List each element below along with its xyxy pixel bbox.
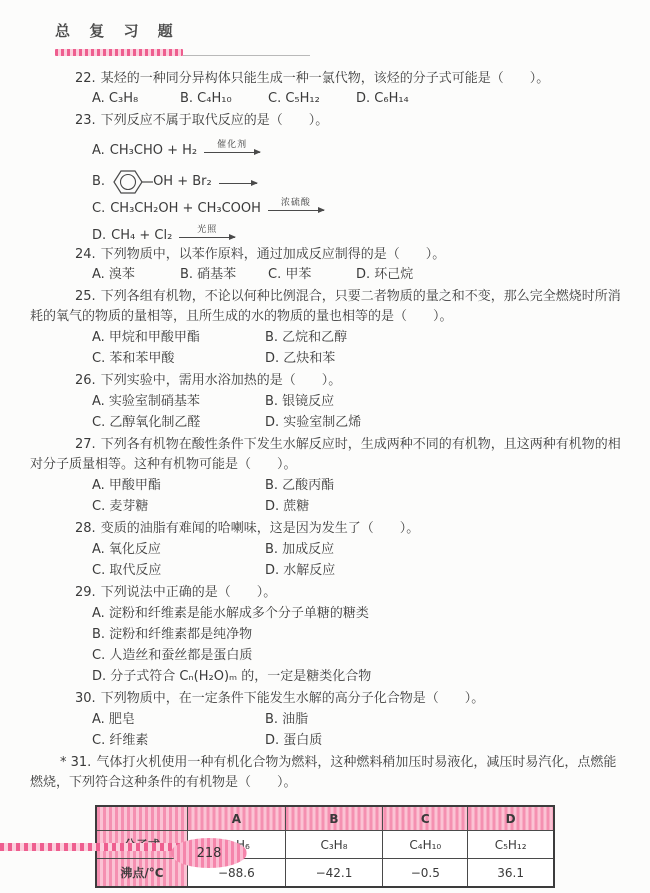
reaction-option-b: B. OH + Br₂ bbox=[92, 158, 622, 189]
table-row-boiling-point: 沸点/°C −88.6 −42.1 −0.5 36.1 bbox=[96, 859, 554, 888]
table-header-cell bbox=[96, 806, 188, 831]
question-number: 30. bbox=[75, 691, 96, 706]
question-28-options: A. 氧化反应 B. 加成反应 C. 取代反应 D. 水解反应 bbox=[92, 539, 622, 581]
question-number: * 31. bbox=[60, 755, 91, 770]
option: C. 麦芽糖 bbox=[92, 496, 265, 517]
question-number: 28. bbox=[75, 521, 96, 536]
table-header-cell: B bbox=[285, 806, 383, 831]
option: D. 蛋白质 bbox=[265, 730, 622, 751]
question-26: 26.下列实验中，需用水浴加热的是（ ）。 bbox=[30, 371, 622, 391]
table-value-cell: C₃H₈ bbox=[285, 831, 383, 859]
option: A. C₃H₈ bbox=[92, 89, 180, 109]
table-value-cell: −0.5 bbox=[383, 859, 468, 888]
question-25-options: A. 甲烷和甲酸甲酯 B. 乙烷和乙醇 C. 苯和苯甲酸 D. 乙炔和苯 bbox=[92, 327, 622, 369]
table-header-cell: D bbox=[468, 806, 554, 831]
option: C. 纤维素 bbox=[92, 730, 265, 751]
question-25: 25.下列各组有机物，不论以何种比例混合，只要二者物质的量之和不变，那么完全燃烧… bbox=[30, 287, 622, 327]
question-29-options: A. 淀粉和纤维素是能水解成多个分子单糖的糖类 B. 淀粉和纤维素都是纯净物 C… bbox=[92, 603, 622, 687]
table-header-row: A B C D bbox=[96, 806, 554, 831]
pink-stripe-bar bbox=[55, 49, 183, 56]
table-value-cell: C₄H₁₀ bbox=[383, 831, 468, 859]
question-number: 24. bbox=[75, 247, 96, 262]
option: A. 溴苯 bbox=[92, 265, 180, 285]
question-text: 下列反应不属于取代反应的是（ ）。 bbox=[101, 113, 329, 128]
option: B. 银镜反应 bbox=[265, 391, 622, 412]
reaction-formula: CH₄ + Cl₂ bbox=[111, 228, 172, 243]
option-label: B. bbox=[92, 174, 105, 189]
question-24-options: A. 溴苯 B. 硝基苯 C. 甲苯 D. 环己烷 bbox=[92, 265, 622, 285]
option: D. 环己烷 bbox=[356, 265, 444, 285]
reaction-option-c: C. CH₃CH₂OH + CH₃COOH 浓硫酸 bbox=[92, 189, 622, 216]
footer-stripe-bar bbox=[0, 843, 196, 851]
question-text: 下列物质中，以苯作原料，通过加成反应制得的是（ ）。 bbox=[101, 247, 446, 262]
option: C. 甲苯 bbox=[268, 265, 356, 285]
option: B. C₄H₁₀ bbox=[180, 89, 268, 109]
arrow-icon bbox=[179, 237, 235, 238]
question-text: 下列各有机物在酸性条件下发生水解反应时，生成两种不同的有机物，且这两种有机物的相… bbox=[30, 437, 621, 472]
table-header-cell: A bbox=[188, 806, 286, 831]
question-text: 某烃的一种同分异构体只能生成一种一氯代物，该烃的分子式可能是（ ）。 bbox=[101, 71, 550, 86]
textbook-page: 总 复 习 题 22.某烃的一种同分异构体只能生成一种一氯代物，该烃的分子式可能… bbox=[0, 0, 650, 893]
benzene-ring-icon bbox=[112, 168, 153, 196]
reaction-formula: CH₃CHO + H₂ bbox=[110, 143, 197, 158]
option: B. 油脂 bbox=[265, 709, 622, 730]
reaction-formula: CH₃CH₂OH + CH₃COOH bbox=[110, 201, 261, 216]
option: D. C₆H₁₄ bbox=[356, 89, 444, 109]
reaction-formula: OH + Br₂ bbox=[153, 174, 212, 189]
option: B. 淀粉和纤维素都是纯净物 bbox=[92, 624, 622, 645]
option: A. 实验室制硝基苯 bbox=[92, 391, 265, 412]
question-22-options: A. C₃H₈ B. C₄H₁₀ C. C₅H₁₂ D. C₆H₁₄ bbox=[92, 89, 622, 109]
question-number: 22. bbox=[75, 71, 96, 86]
reaction-condition: 浓硫酸 bbox=[281, 198, 311, 208]
option-label: A. bbox=[92, 143, 105, 158]
question-number: 23. bbox=[75, 113, 96, 128]
arrow-icon bbox=[268, 210, 324, 211]
question-30-options: A. 肥皂 B. 油脂 C. 纤维素 D. 蛋白质 bbox=[92, 709, 622, 751]
table-label-cell: 沸点/°C bbox=[96, 859, 188, 888]
reaction-condition: 催化剂 bbox=[217, 140, 247, 150]
option: D. 乙炔和苯 bbox=[265, 348, 622, 369]
question-text: 下列实验中，需用水浴加热的是（ ）。 bbox=[101, 373, 342, 388]
reaction-arrow bbox=[219, 181, 257, 184]
option: D. 分子式符合 Cₙ(H₂O)ₘ 的，一定是糖类化合物 bbox=[92, 666, 622, 687]
option: B. 硝基苯 bbox=[180, 265, 268, 285]
question-text: 变质的油脂有难闻的哈喇味，这是因为发生了（ ）。 bbox=[101, 521, 420, 536]
page-number: 218 bbox=[197, 846, 222, 861]
question-26-options: A. 实验室制硝基苯 B. 银镜反应 C. 乙醇氧化制乙醛 D. 实验室制乙烯 bbox=[92, 391, 622, 433]
table-header-cell: C bbox=[383, 806, 468, 831]
question-31: * 31.气体打火机使用一种有机化合物为燃料，这种燃料稍加压时易液化，减压时易汽… bbox=[30, 753, 622, 793]
option: A. 甲烷和甲酸甲酯 bbox=[92, 327, 265, 348]
option: C. 人造丝和蚕丝都是蛋白质 bbox=[92, 645, 622, 666]
reaction-arrow: 光照 bbox=[179, 225, 235, 238]
question-number: 27. bbox=[75, 437, 96, 452]
reaction-arrow: 浓硫酸 bbox=[268, 198, 324, 211]
arrow-icon bbox=[204, 152, 260, 153]
option: A. 甲酸甲酯 bbox=[92, 475, 265, 496]
question-22: 22.某烃的一种同分异构体只能生成一种一氯代物，该烃的分子式可能是（ ）。 bbox=[30, 69, 622, 89]
option: D. 水解反应 bbox=[265, 560, 622, 581]
option: B. 乙酸丙酯 bbox=[265, 475, 622, 496]
option: C. C₅H₁₂ bbox=[268, 89, 356, 109]
question-29: 29.下列说法中正确的是（ ）。 bbox=[30, 583, 622, 603]
option: D. 实验室制乙烯 bbox=[265, 412, 622, 433]
table-value-cell: 36.1 bbox=[468, 859, 554, 888]
question-23: 23.下列反应不属于取代反应的是（ ）。 bbox=[30, 111, 622, 131]
question-number: 26. bbox=[75, 373, 96, 388]
reaction-arrow: 催化剂 bbox=[204, 140, 260, 153]
page-title: 总 复 习 题 bbox=[55, 20, 622, 41]
option-label: C. bbox=[92, 201, 105, 216]
option: C. 取代反应 bbox=[92, 560, 265, 581]
option: D. 蔗糖 bbox=[265, 496, 622, 517]
option-label: D. bbox=[92, 228, 106, 243]
reaction-condition: 光照 bbox=[197, 225, 217, 235]
option: C. 苯和苯甲酸 bbox=[92, 348, 265, 369]
header-line bbox=[183, 55, 310, 56]
option: B. 加成反应 bbox=[265, 539, 622, 560]
question-number: 25. bbox=[75, 289, 96, 304]
question-number: 29. bbox=[75, 585, 96, 600]
question-27: 27.下列各有机物在酸性条件下发生水解反应时，生成两种不同的有机物，且这两种有机… bbox=[30, 435, 622, 475]
header-rule bbox=[55, 48, 622, 56]
reaction-option-d: D. CH₄ + Cl₂ 光照 bbox=[92, 216, 622, 243]
table-value-cell: −42.1 bbox=[285, 859, 383, 888]
table-value-cell: C₅H₁₂ bbox=[468, 831, 554, 859]
question-text: 下列各组有机物，不论以何种比例混合，只要二者物质的量之和不变，那么完全燃烧时所消… bbox=[30, 289, 621, 324]
arrow-icon bbox=[219, 183, 257, 184]
reaction-option-a: A. CH₃CHO + H₂ 催化剂 bbox=[92, 131, 622, 158]
option: C. 乙醇氧化制乙醛 bbox=[92, 412, 265, 433]
question-text: 下列物质中，在一定条件下能发生水解的高分子化合物是（ ）。 bbox=[101, 691, 485, 706]
page-number-badge: 218 bbox=[171, 838, 247, 868]
question-text: 气体打火机使用一种有机化合物为燃料，这种燃料稍加压时易液化，减压时易汽化，点燃能… bbox=[30, 755, 616, 790]
option: A. 淀粉和纤维素是能水解成多个分子单糖的糖类 bbox=[92, 603, 622, 624]
option: B. 乙烷和乙醇 bbox=[265, 327, 622, 348]
option: A. 氧化反应 bbox=[92, 539, 265, 560]
question-24: 24.下列物质中，以苯作原料，通过加成反应制得的是（ ）。 bbox=[30, 245, 622, 265]
option: A. 肥皂 bbox=[92, 709, 265, 730]
question-text: 下列说法中正确的是（ ）。 bbox=[101, 585, 277, 600]
question-27-options: A. 甲酸甲酯 B. 乙酸丙酯 C. 麦芽糖 D. 蔗糖 bbox=[92, 475, 622, 517]
question-28: 28.变质的油脂有难闻的哈喇味，这是因为发生了（ ）。 bbox=[30, 519, 622, 539]
question-30: 30.下列物质中，在一定条件下能发生水解的高分子化合物是（ ）。 bbox=[30, 689, 622, 709]
